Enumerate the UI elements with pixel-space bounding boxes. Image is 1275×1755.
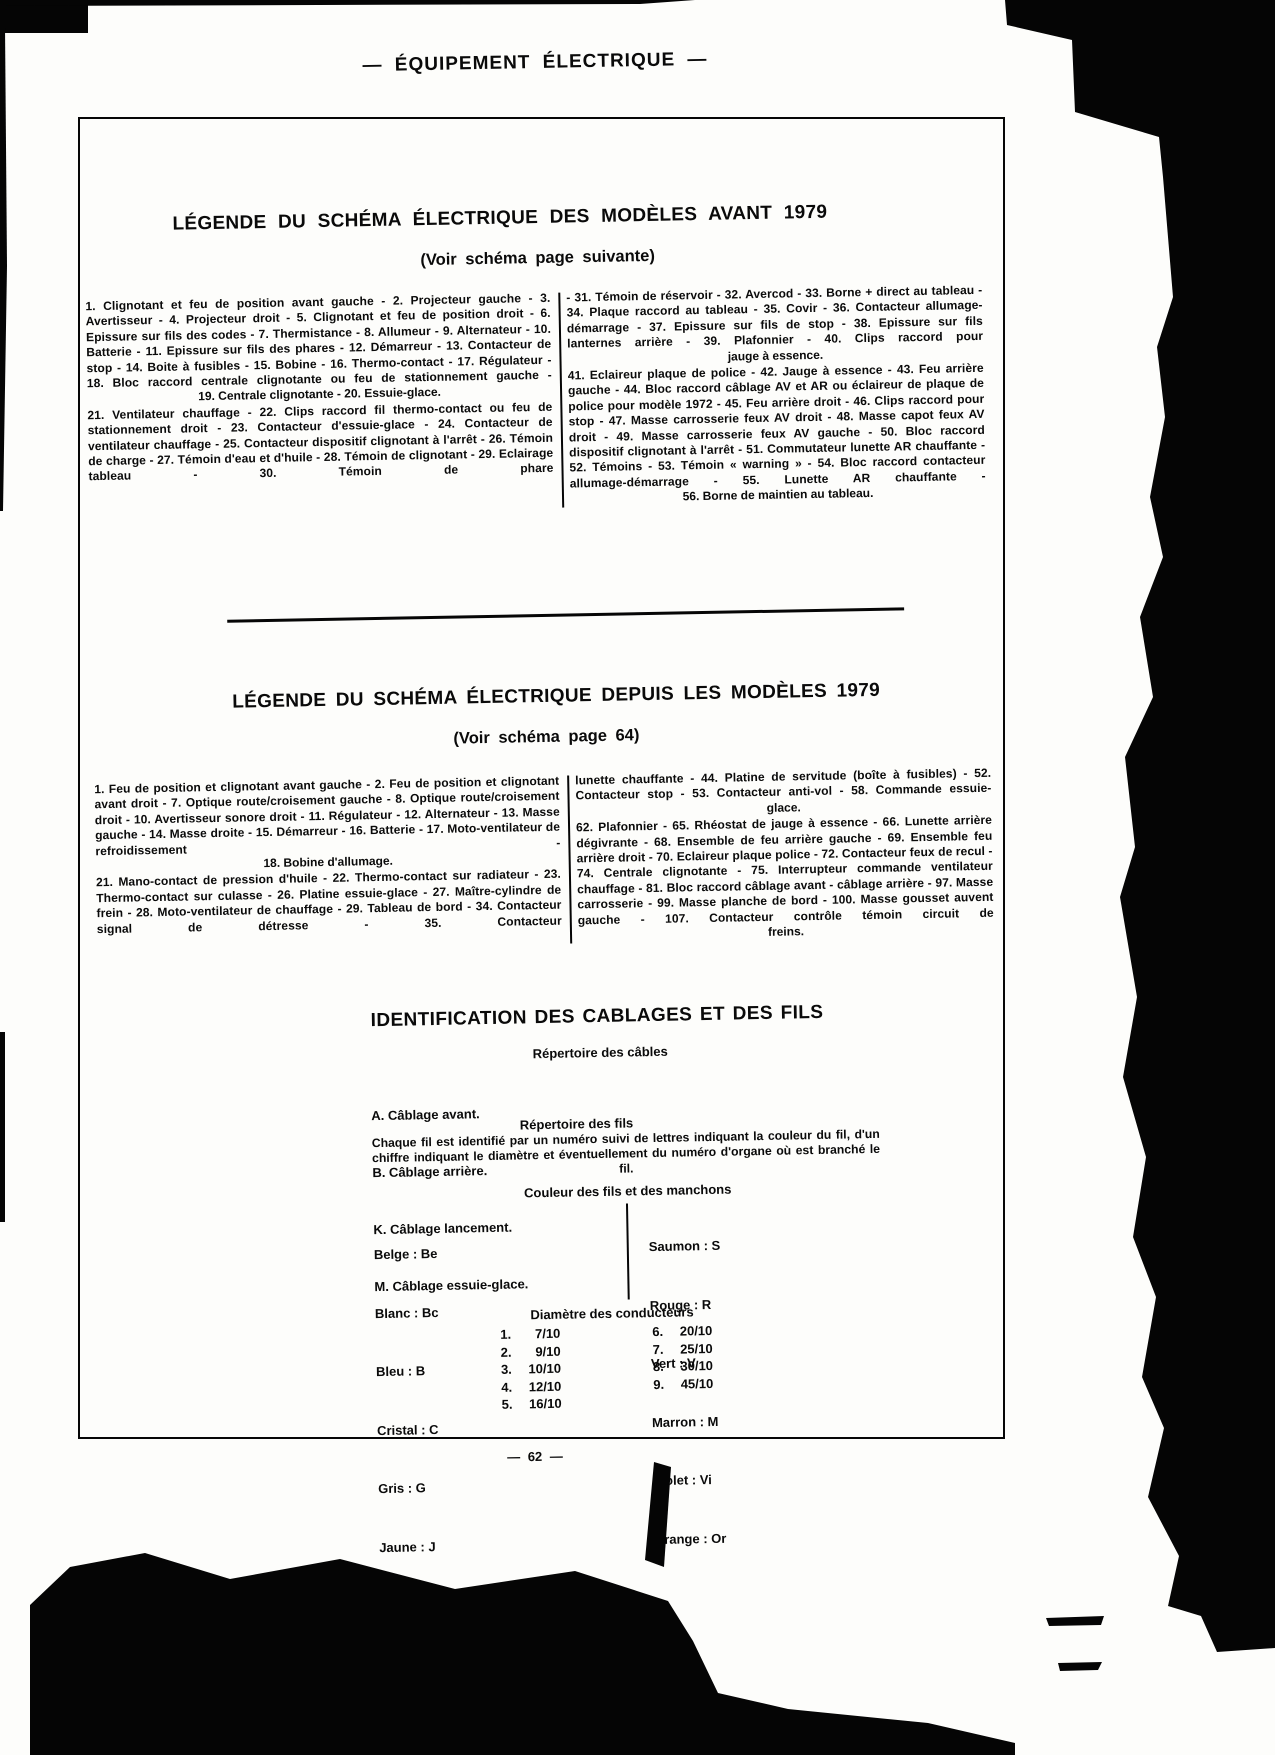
diametre-value: 10/10 [521,1360,561,1378]
diametre-index: 2. [501,1343,521,1361]
diametre-item: 6. 20/10 [652,1322,712,1341]
scan-artifact-left-edge-lower [0,1032,5,1222]
column-divider-line [567,776,572,944]
legend-paragraph: 1. Clignotant et feu de position avant g… [85,291,552,392]
diametre-item: 2. 9/10 [501,1342,561,1361]
color-item: Bleu : B [376,1361,440,1382]
diametre-index: 8. [653,1358,673,1376]
diametre-value: 16/10 [521,1395,561,1413]
color-item: Cristal : C [377,1419,441,1440]
legend-paragraph: 62. Plafonnier - 65. Rhéostat de jauge à… [576,813,994,928]
diametre-value: 20/10 [672,1322,712,1340]
legend-paragraph: 21. Mano-contact de pression d'huile - 2… [96,867,562,937]
section-divider-rule [227,607,904,622]
diametre-item: 5. 16/10 [501,1395,561,1414]
section3-title: IDENTIFICATION DES CABLAGES ET DES FILS [134,998,1059,1037]
section1-subtitle: (Voir schéma page suivante) [81,241,995,277]
diametre-item: 3. 10/10 [501,1360,561,1379]
legend-box-content: LÉGENDE DU SCHÉMA ÉLECTRIQUE DES MODÈLES… [68,111,1013,1442]
diametre-index: 3. [501,1360,521,1378]
diametre-index: 1. [500,1325,520,1343]
page-header: — ÉQUIPEMENT ÉLECTRIQUE — [78,44,992,83]
diametre-list-left: 1. 7/10 2. 9/10 3. 10/10 4. 12/10 5. 16/… [500,1325,562,1414]
scan-artifact-left-edge-upper [0,26,7,511]
diametre-value: 7/10 [520,1325,560,1343]
cables-heading: Répertoire des câbles [370,1041,830,1064]
section2-left-column: 1. Feu de position et clignotant avant g… [94,774,562,953]
diametre-index: 5. [501,1395,521,1413]
diametre-value: 30/10 [673,1357,713,1375]
color-item: Gris : G [378,1478,442,1499]
fils-description: Chaque fil est identifié par un numéro s… [372,1127,881,1181]
diametre-item: 7. 25/10 [652,1339,712,1358]
section1-title: LÉGENDE DU SCHÉMA ÉLECTRIQUE DES MODÈLES… [70,200,930,238]
diametre-index: 9. [653,1375,673,1393]
diametre-value: 9/10 [521,1342,561,1360]
scan-artifact-top-edge [0,0,695,7]
section2-right-column: lunette chauffante - 44. Platine de serv… [575,766,994,944]
scan-artifact-bottom-blob [30,1545,1015,1755]
diametre-item: 9. 45/10 [653,1374,713,1393]
diametre-value: 12/10 [521,1377,561,1395]
diametre-item: 1. 7/10 [500,1325,560,1344]
section2-title: LÉGENDE DU SCHÉMA ÉLECTRIQUE DEPUIS LES … [94,677,1019,716]
section2-subtitle: (Voir schéma page 64) [89,720,1003,756]
color-columns-divider [626,1203,630,1299]
legend-box: LÉGENDE DU SCHÉMA ÉLECTRIQUE DES MODÈLES… [78,117,1005,1439]
legend-paragraph: 1. Feu de position et clignotant avant g… [94,774,560,860]
diametre-value: 25/10 [672,1339,712,1357]
legend-paragraph: - 31. Témoin de réservoir - 32. Avercod … [566,283,983,352]
scan-artifact-speck-2 [1058,1662,1102,1671]
scan-artifact-right-band [1005,0,1275,1700]
legend-paragraph: 21. Ventilateur chauffage - 22. Clips ra… [87,400,553,486]
diametre-index: 4. [501,1378,521,1396]
diametre-item: 4. 12/10 [501,1377,561,1396]
scanned-manual-page: { "colors": { "paper": "#fdfdfb", "ink":… [0,0,1275,1755]
scan-artifact-speck-1 [1046,1616,1104,1626]
section1-left-column: 1. Clignotant et feu de position avant g… [85,291,554,516]
diametre-item: 8. 30/10 [653,1357,713,1376]
diametre-index: 7. [652,1340,672,1358]
section2-columns: 1. Feu de position et clignotant avant g… [94,766,994,953]
color-item: Saumon : S [649,1236,722,1257]
diametre-index: 6. [652,1323,672,1341]
color-item: Belge : Be [374,1244,438,1265]
color-item: Jaune : J [379,1536,443,1557]
diametre-value: 45/10 [673,1374,713,1392]
diametre-list-right: 6. 20/10 7. 25/10 8. 30/10 9. 45/10 [652,1322,713,1393]
page-number: — 62 — [78,1443,992,1471]
section1-columns: 1. Clignotant et feu de position avant g… [85,283,986,516]
color-item: Marron : M [652,1411,725,1432]
legend-paragraph: 41. Eclaireur plaque de police - 42. Jau… [568,361,986,492]
section1-right-column: - 31. Témoin de réservoir - 32. Avercod … [566,283,986,507]
column-divider-line [558,293,564,508]
